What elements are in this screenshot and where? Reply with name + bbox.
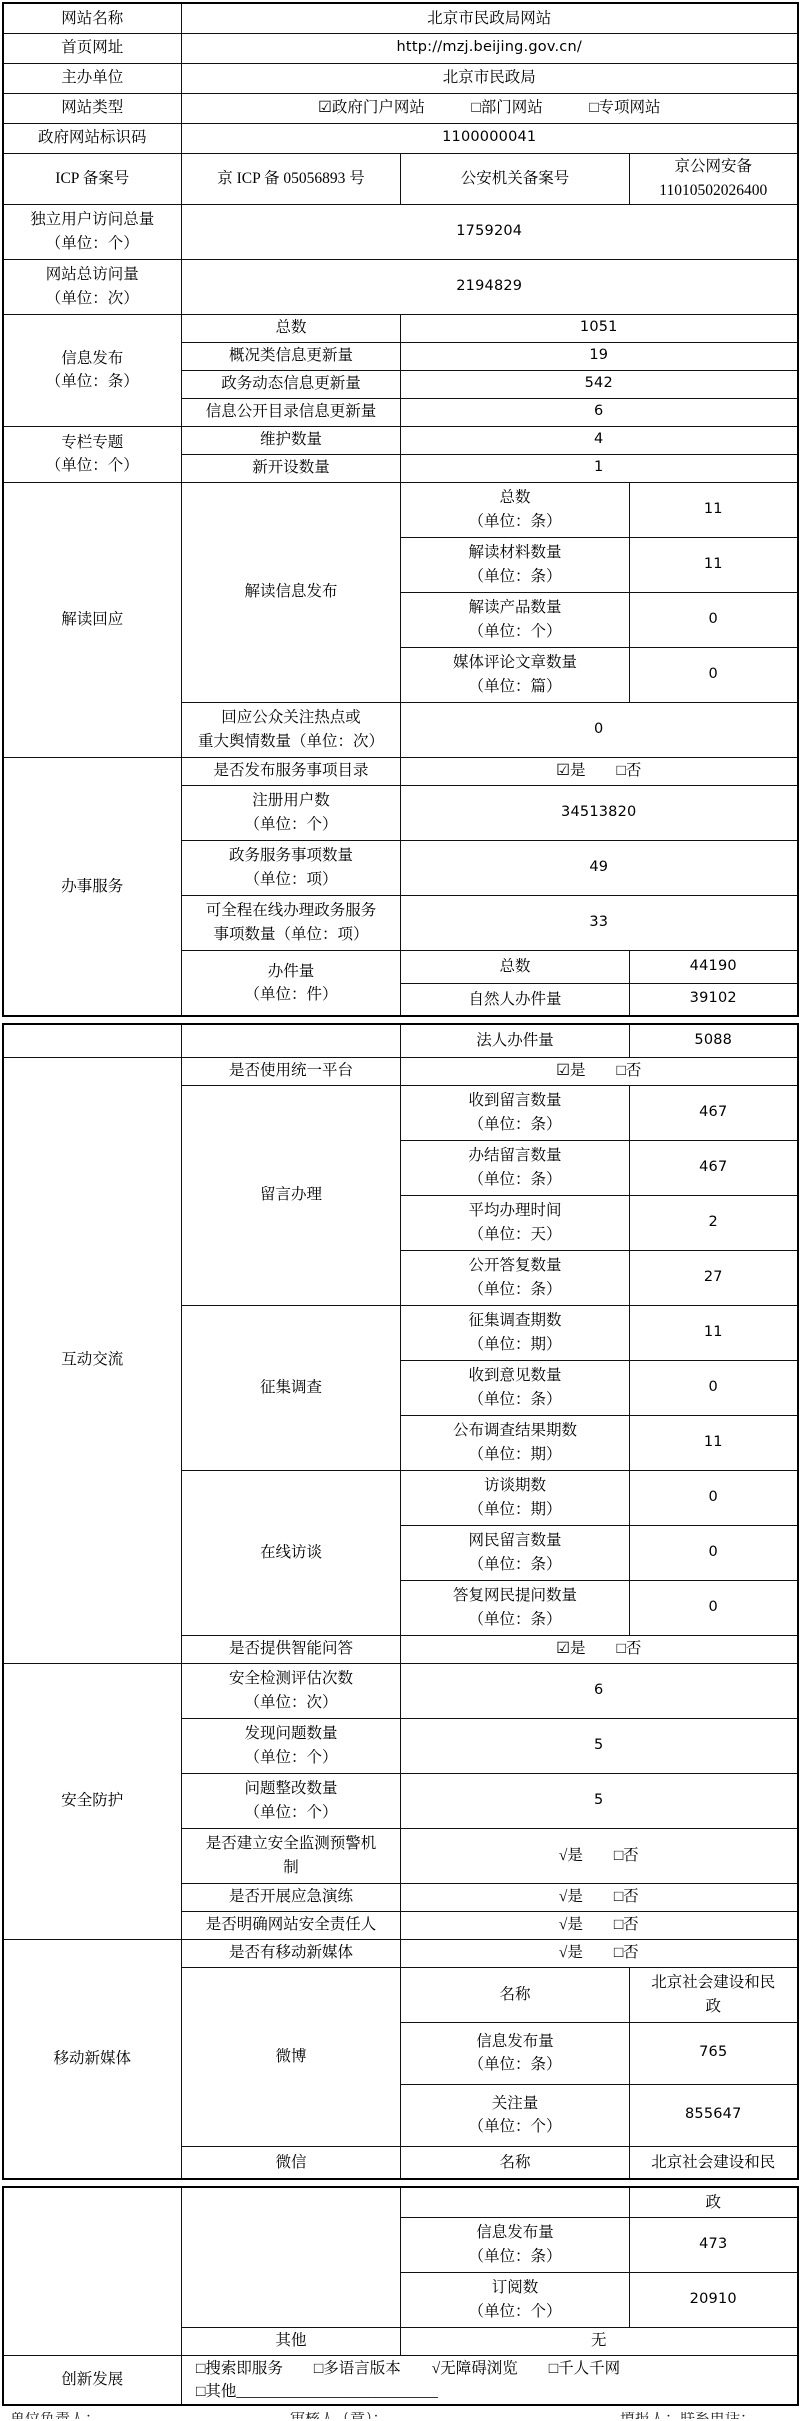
label-cell: 主办单位 (3, 63, 182, 93)
label-cell: 维护数量 (182, 426, 401, 454)
value-cell: 34513820 (401, 785, 798, 840)
value-cell: 0 (630, 1470, 798, 1525)
label-cell: 政务服务事项数量 （单位：项） (182, 840, 401, 895)
value-cell: http://mzj.beijing.gov.cn/ (182, 33, 798, 63)
label-cell: 创新发展 (3, 2355, 182, 2405)
checkbox-cell: ☑是 □否 (401, 757, 798, 785)
value-cell: 855647 (630, 2084, 798, 2146)
label-cell: 公安机关备案号 (401, 153, 630, 204)
value-cell: 44190 (630, 950, 798, 983)
label-cell: 自然人办件量 (401, 983, 630, 1016)
label-cell: 法人办件量 (401, 1024, 630, 1057)
label-cell: 在线访谈 (182, 1470, 401, 1635)
checkbox-cell: √是 □否 (401, 1911, 798, 1939)
label-cell: 留言办理 (182, 1085, 401, 1305)
value-cell: 2 (630, 1195, 798, 1250)
value-cell: 4 (401, 426, 798, 454)
label-cell: 解读产品数量 （单位：个） (401, 592, 630, 647)
value-cell: 27 (630, 1250, 798, 1305)
label-cell: 解读回应 (3, 482, 182, 757)
label-cell: 订阅数 （单位：个） (401, 2272, 630, 2327)
value-cell: 39102 (630, 983, 798, 1016)
label-cell: 独立用户访问总量 （单位：个） (3, 204, 182, 259)
report-table-page-3: 政信息发布量 （单位：条）473订阅数 （单位：个）20910其他无创新发展□搜… (2, 2186, 799, 2406)
value-cell: 467 (630, 1085, 798, 1140)
label-cell: 信息发布 （单位：条） (3, 314, 182, 426)
label-cell: 名称 (401, 1967, 630, 2022)
label-cell: 互动交流 (3, 1057, 182, 1663)
label-cell: 征集调查期数 （单位：期） (401, 1305, 630, 1360)
label-cell: 网站类型 (3, 93, 182, 123)
label-cell: 注册用户数 （单位：个） (182, 785, 401, 840)
label-cell: 问题整改数量 （单位：个） (182, 1773, 401, 1828)
label-cell: 北京市民政局网站 (182, 3, 798, 33)
clipped-text-fragment: 单位负责人： (10, 2412, 100, 2419)
label-cell: 访谈期数 （单位：期） (401, 1470, 630, 1525)
label-cell: 办事服务 (3, 757, 182, 1016)
label-cell: 解读材料数量 （单位：条） (401, 537, 630, 592)
value-cell: 6 (401, 398, 798, 426)
label-cell: 安全防护 (3, 1663, 182, 1939)
label-cell: 是否开展应急演练 (182, 1883, 401, 1911)
label-cell: 名称 (401, 2146, 630, 2179)
checkbox-cell: √是 □否 (401, 1939, 798, 1967)
label-cell: 是否有移动新媒体 (182, 1939, 401, 1967)
label-cell: 政府网站标识码 (3, 123, 182, 153)
empty-cell (182, 1024, 401, 1057)
label-cell: 收到留言数量 （单位：条） (401, 1085, 630, 1140)
label-cell: 网站总访问量 （单位：次） (3, 259, 182, 314)
label-cell: ICP 备案号 (3, 153, 182, 204)
value-cell: 765 (630, 2022, 798, 2084)
label-cell: 新开设数量 (182, 454, 401, 482)
label-cell: 其他 (182, 2327, 401, 2355)
value-cell: 1 (401, 454, 798, 482)
value-cell: 0 (401, 702, 798, 757)
value-cell: 0 (630, 1360, 798, 1415)
label-cell: 是否发布服务事项目录 (182, 757, 401, 785)
empty-cell (182, 2187, 401, 2327)
checkbox-cell: ☑政府门户网站 □部门网站 □专项网站 (182, 93, 798, 123)
label-cell: 京公网安备 11010502026400 (630, 153, 798, 204)
value-cell: 1051 (401, 314, 798, 342)
empty-cell (3, 2187, 182, 2355)
checkbox-cell: ☑是 □否 (401, 1057, 798, 1085)
label-cell: 专栏专题 （单位：个） (3, 426, 182, 482)
label-cell: 解读信息发布 (182, 482, 401, 702)
label-cell: 总数 (182, 314, 401, 342)
value-cell: 2194829 (182, 259, 798, 314)
label-cell: 移动新媒体 (3, 1939, 182, 2179)
checkbox-cell: √是 □否 (401, 1883, 798, 1911)
value-cell: 473 (630, 2217, 798, 2272)
value-cell: 33 (401, 895, 798, 950)
value-cell: 1759204 (182, 204, 798, 259)
value-cell: 542 (401, 370, 798, 398)
empty-cell (3, 1024, 182, 1057)
label-cell: 回应公众关注热点或 重大舆情数量（单位：次） (182, 702, 401, 757)
empty-cell (401, 2187, 630, 2217)
label-cell: 无 (401, 2327, 798, 2355)
checkbox-cell: √是 □否 (401, 1828, 798, 1883)
value-cell: 11 (630, 537, 798, 592)
label-cell: 公开答复数量 （单位：条） (401, 1250, 630, 1305)
report-table-page-2: 法人办件量5088互动交流是否使用统一平台☑是 □否留言办理收到留言数量 （单位… (2, 1023, 799, 2180)
value-cell: 5 (401, 1718, 798, 1773)
value-cell: 0 (630, 1580, 798, 1635)
checkbox-cell: ☑是 □否 (401, 1635, 798, 1663)
label-cell: 公布调查结果期数 （单位：期） (401, 1415, 630, 1470)
label-cell: 总数 （单位：条） (401, 482, 630, 537)
clipped-footer-line: 单位负责人： 审核人（章）： 填报人：联系电话： (0, 2412, 800, 2419)
label-cell: 信息公开目录信息更新量 (182, 398, 401, 426)
value-cell: 11 (630, 1305, 798, 1360)
label-cell: 概况类信息更新量 (182, 342, 401, 370)
label-cell: 微博 (182, 1967, 401, 2146)
label-cell: 政 (630, 2187, 798, 2217)
label-cell: 政务动态信息更新量 (182, 370, 401, 398)
value-cell: 20910 (630, 2272, 798, 2327)
value-cell: 1100000041 (182, 123, 798, 153)
clipped-text-fragment: 填报人：联系电话： (620, 2412, 755, 2419)
label-cell: 总数 (401, 950, 630, 983)
value-cell: 5088 (630, 1024, 798, 1057)
report-document: 网站名称北京市民政局网站首页网址http://mzj.beijing.gov.c… (0, 0, 800, 2419)
label-cell: 微信 (182, 2146, 401, 2179)
label-cell: 信息发布量 （单位：条） (401, 2217, 630, 2272)
label-cell: 征集调查 (182, 1305, 401, 1470)
label-cell: 北京社会建设和民 (630, 2146, 798, 2179)
label-cell: 是否提供智能问答 (182, 1635, 401, 1663)
report-table-page-1: 网站名称北京市民政局网站首页网址http://mzj.beijing.gov.c… (2, 2, 799, 1017)
label-cell: 平均办理时间 （单位：天） (401, 1195, 630, 1250)
value-cell: 11 (630, 1415, 798, 1470)
label-cell: 是否明确网站安全责任人 (182, 1911, 401, 1939)
checkbox-cell: □搜索即服务 □多语言版本 √无障碍浏览 □千人千网 □其他__________… (182, 2355, 798, 2405)
value-cell: 11 (630, 482, 798, 537)
label-cell: 网站名称 (3, 3, 182, 33)
label-cell: 可全程在线办理政务服务 事项数量（单位：项） (182, 895, 401, 950)
clipped-text-fragment: 审核人（章）： (290, 2412, 388, 2419)
label-cell: 信息发布量 （单位：条） (401, 2022, 630, 2084)
label-cell: 首页网址 (3, 33, 182, 63)
label-cell: 办结留言数量 （单位：条） (401, 1140, 630, 1195)
label-cell: 北京社会建设和民 政 (630, 1967, 798, 2022)
label-cell: 安全检测评估次数 （单位：次） (182, 1663, 401, 1718)
value-cell: 5 (401, 1773, 798, 1828)
label-cell: 收到意见数量 （单位：条） (401, 1360, 630, 1415)
value-cell: 49 (401, 840, 798, 895)
value-cell: 467 (630, 1140, 798, 1195)
value-cell: 0 (630, 1525, 798, 1580)
label-cell: 办件量 （单位：件） (182, 950, 401, 1016)
label-cell: 北京市民政局 (182, 63, 798, 93)
label-cell: 媒体评论文章数量 （单位：篇） (401, 647, 630, 702)
label-cell: 关注量 （单位：个） (401, 2084, 630, 2146)
label-cell: 答复网民提问数量 （单位：条） (401, 1580, 630, 1635)
value-cell: 19 (401, 342, 798, 370)
label-cell: 是否使用统一平台 (182, 1057, 401, 1085)
label-cell: 网民留言数量 （单位：条） (401, 1525, 630, 1580)
value-cell: 0 (630, 647, 798, 702)
label-cell: 京 ICP 备 05056893 号 (182, 153, 401, 204)
label-cell: 是否建立安全监测预警机 制 (182, 1828, 401, 1883)
label-cell: 发现问题数量 （单位：个） (182, 1718, 401, 1773)
value-cell: 0 (630, 592, 798, 647)
value-cell: 6 (401, 1663, 798, 1718)
